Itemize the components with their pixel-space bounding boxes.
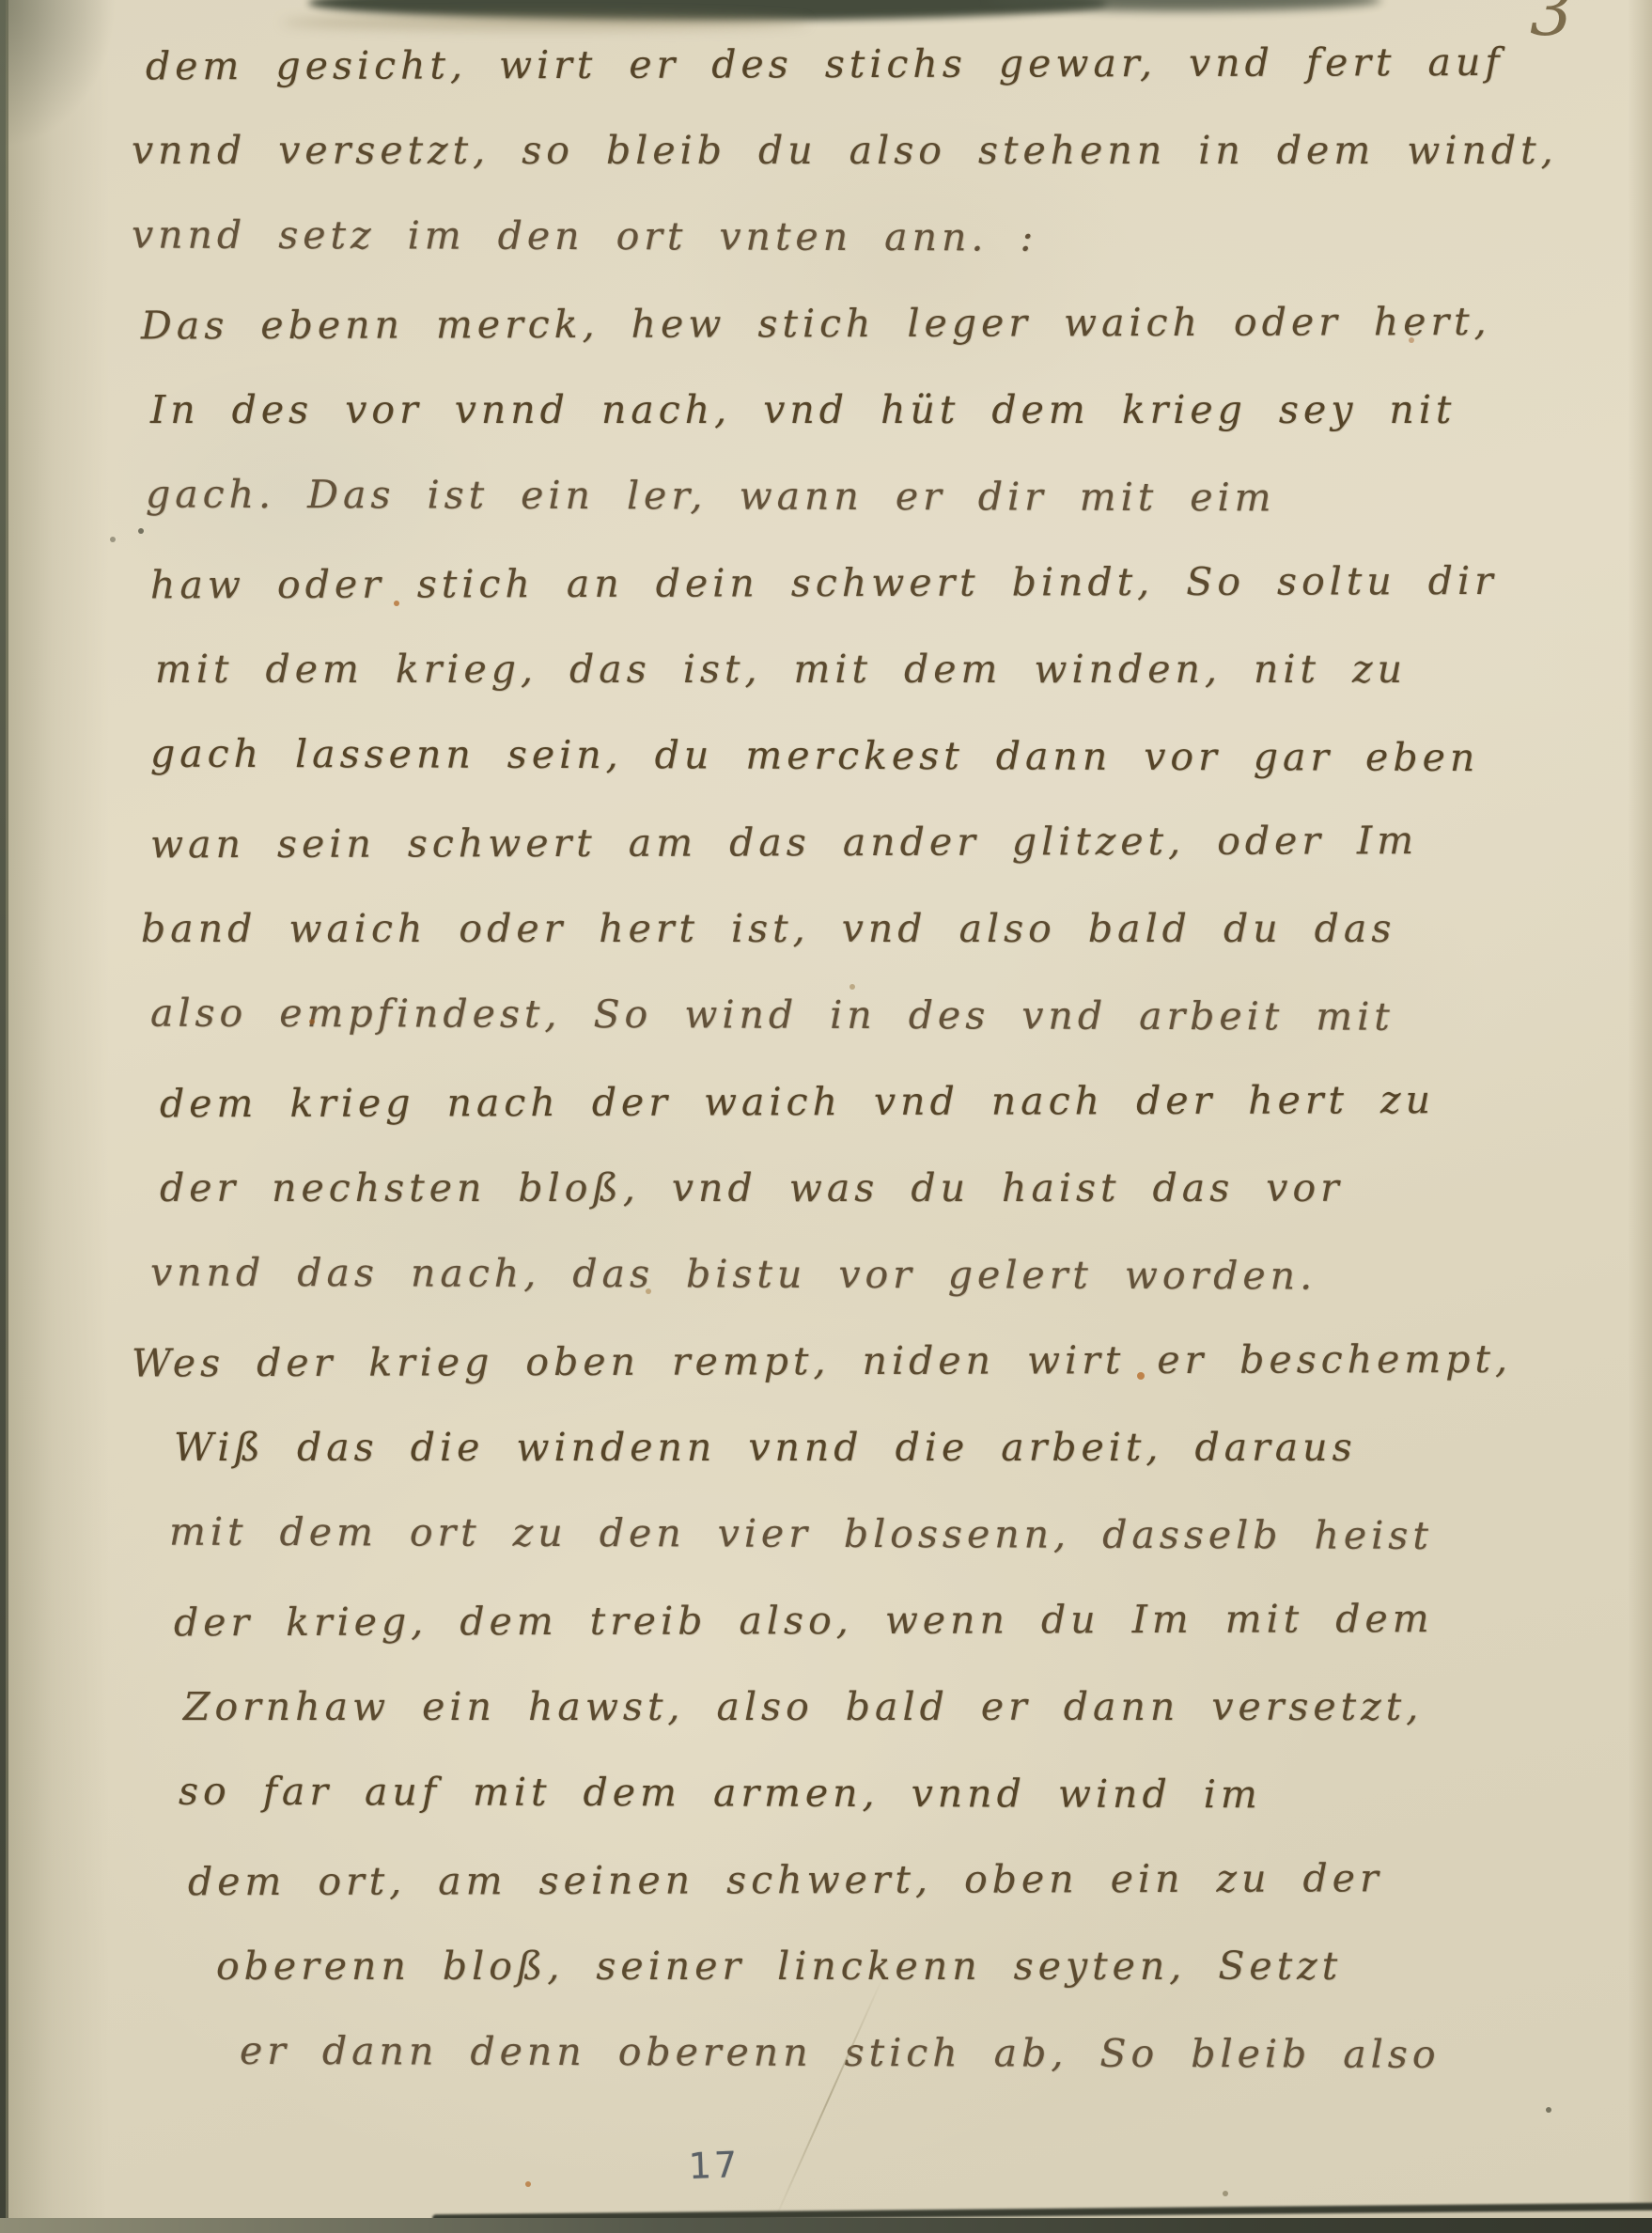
manuscript-line-3: vnnd setz im den ort vnten ann. : [132,192,1607,283]
manuscript-page: 3 dem gesicht, wirt er des stichs gewar,… [0,0,1652,2233]
manuscript-line-21: so far auf mit dem armen, vnnd wind im [132,1748,1607,1839]
manuscript-line-6: gach. Das ist ein ler, wann er dir mit e… [132,451,1607,542]
manuscript-line-5: In des vor vnnd nach, vnd hüt dem krieg … [132,367,1607,453]
manuscript-line-17: Wiß das die windenn vnnd die arbeit, dar… [132,1404,1607,1491]
left-gutter-shadow [6,0,109,2233]
manuscript-line-10: wan sein schwert am das ander glitzet, o… [132,797,1607,888]
manuscript-line-2: vnnd versetzt, so bleib du also stehenn … [132,107,1607,194]
manuscript-line-13: dem krieg nach der waich vnd nach der he… [132,1056,1607,1148]
manuscript-line-24: er dann denn oberenn stich ab, So bleib … [132,2007,1607,2099]
manuscript-line-8: mit dem krieg, das ist, mit dem winden, … [132,626,1607,712]
manuscript-line-16: Wes der krieg oben rempt, niden wirt er … [132,1316,1607,1407]
manuscript-line-7: haw oder stich an dein schwert bindt, So… [132,538,1607,629]
manuscript-text: dem gesicht, wirt er des stichs gewar, v… [132,21,1607,2096]
right-edge-shadow [1628,0,1652,2233]
manuscript-line-20: Zornhaw ein hawst, also bald er dann ver… [132,1663,1607,1750]
manuscript-line-22: dem ort, am seinen schwert, oben ein zu … [132,1835,1607,1926]
manuscript-line-4: Das ebenn merck, hew stich leger waich o… [132,278,1607,369]
manuscript-line-9: gach lassenn sein, du merckest dann vor … [132,710,1607,802]
manuscript-line-18: mit dem ort zu den vier blossenn, dassel… [132,1489,1607,1580]
manuscript-line-19: der krieg, dem treib also, wenn du Im mi… [132,1575,1607,1666]
manuscript-line-11: band waich oder hert ist, vnd also bald … [132,885,1607,972]
manuscript-line-23: oberenn bloß, seiner linckenn seyten, Se… [132,1923,1607,2009]
paper-speckles [0,0,4,4]
manuscript-line-1: dem gesicht, wirt er des stichs gewar, v… [132,19,1607,110]
book-bottom-edge [0,2218,1652,2233]
manuscript-line-12: also empfindest, So wind in des vnd arbe… [132,970,1607,1061]
page-number: 17 [647,2143,780,2189]
manuscript-line-14: der nechsten bloß, vnd was du haist das … [132,1145,1607,1231]
manuscript-line-15: vnnd das nach, das bistu vor gelert word… [132,1229,1607,1320]
